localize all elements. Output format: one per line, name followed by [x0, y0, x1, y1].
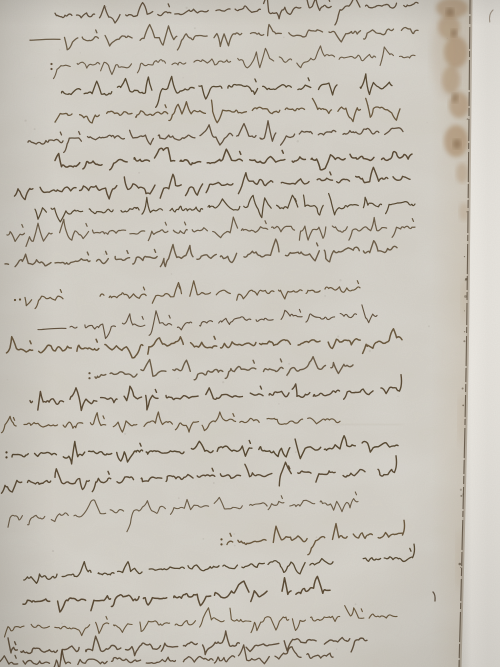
top-edge-shadow: [0, 0, 500, 26]
photo-vignette: [0, 0, 500, 667]
manuscript-scene: [0, 0, 500, 667]
left-edge-shadow: [0, 0, 55, 667]
manuscript-photo: [0, 0, 500, 667]
